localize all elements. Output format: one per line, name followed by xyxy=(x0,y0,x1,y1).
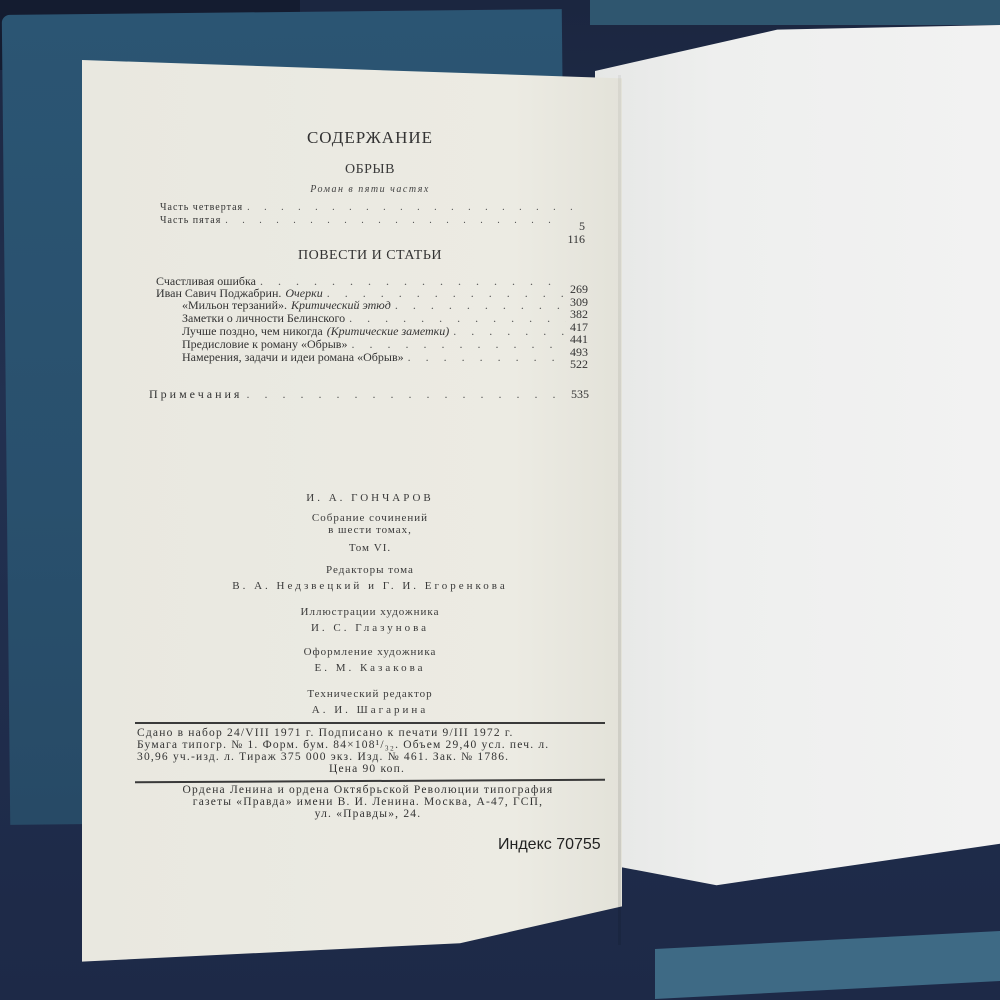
toc-page-numbers: 269 309 382 417 441 493 522 xyxy=(555,283,588,371)
imprint-author: И. А. ГОНЧАРОВ xyxy=(130,492,610,504)
toc-entry: Часть пятая xyxy=(160,215,560,226)
novel-title: ОБРЫВ xyxy=(140,162,600,178)
toc-entry: Намерения, задачи и идеи романа «Обрыв» xyxy=(182,350,566,365)
printer-info: Ордена Ленина и ордена Октябрьской Револ… xyxy=(148,784,588,820)
imprint-designer: Оформление художника Е. М. Казакова xyxy=(130,646,610,674)
background-book xyxy=(590,0,1000,25)
novel-subtitle: Роман в пяти частях xyxy=(140,184,600,195)
book-photo: СОДЕРЖАНИЕ ОБРЫВ Роман в пяти частях Час… xyxy=(0,0,1000,1000)
index-number: Индекс 70755 xyxy=(498,836,601,854)
publication-info: Сдано в набор 24/VIII 1971 г. Подписано … xyxy=(137,727,597,775)
toc-entry: Часть четвертая xyxy=(160,202,580,213)
imprint-volume: Том VI. xyxy=(130,542,610,554)
book-gutter xyxy=(618,75,621,945)
divider xyxy=(135,722,605,724)
toc-heading: СОДЕРЖАНИЕ xyxy=(140,128,600,148)
imprint-editors: Редакторы тома В. А. Недзвецкий и Г. И. … xyxy=(130,564,610,592)
toc-page-numbers: 5 116 xyxy=(550,220,585,245)
imprint-illustrator: Иллюстрации художника И. С. Глазунова xyxy=(130,606,610,634)
imprint-collection: Собрание сочинений в шести томах, xyxy=(130,512,610,536)
section-title: ПОВЕСТИ И СТАТЬИ xyxy=(140,248,600,264)
toc-entry-notes: Примечания 535 xyxy=(149,387,589,402)
imprint-tech-editor: Технический редактор А. И. Шагарина xyxy=(130,688,610,716)
book-cover-right xyxy=(655,931,1000,999)
blank-right-page xyxy=(595,25,1000,945)
